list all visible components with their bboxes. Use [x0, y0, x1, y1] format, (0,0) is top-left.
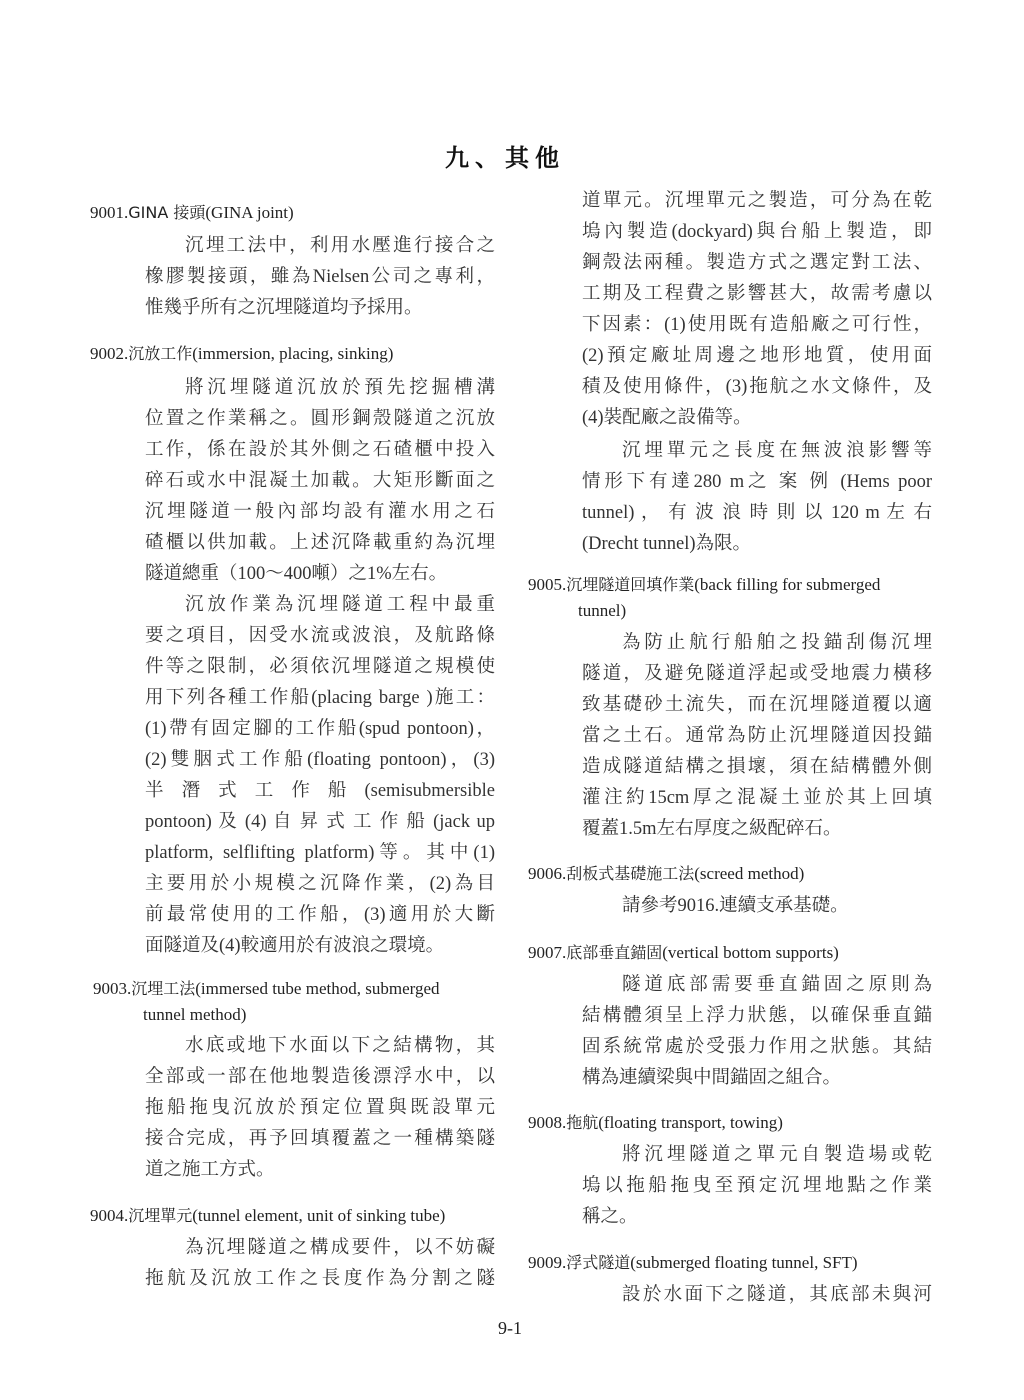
- entry-term-en: (back filling for submerged: [694, 575, 880, 594]
- entry-9006: 9006.刮板式基礎施工法(screed method) 請參考9016.連續支…: [528, 861, 958, 922]
- entry-9004-continued: 道單元。沉埋單元之製造，可分為在乾 塢內製造(dockyard)與台船上製造，即…: [582, 186, 932, 560]
- text-line: 結構體須呈上浮力狀態，以確保垂直錨: [582, 1001, 932, 1032]
- entry-term-en: (immersion, placing, sinking): [192, 344, 393, 363]
- entry-number: 9006.: [528, 864, 566, 883]
- text-line: 沉埋工法中，利用水壓進行接合之: [145, 231, 495, 262]
- text-line: (2)雙胭式工作船(floating pontoon)，(3): [145, 745, 495, 776]
- entry-9009: 9009.浮式隧道(submerged floating tunnel, SFT…: [528, 1250, 958, 1311]
- text-line: 面隧道及(4)較適用於有波浪之環境。: [145, 931, 495, 962]
- entry-term-en-continued: tunnel): [528, 598, 958, 624]
- entry-heading: 9007.底部垂直錨固(vertical bottom supports): [528, 940, 958, 966]
- text-line: 塢內製造(dockyard)與台船上製造，即: [582, 217, 932, 248]
- entry-heading: 9006.刮板式基礎施工法(screed method): [528, 861, 958, 887]
- entry-number: 9007.: [528, 943, 566, 962]
- text-line: 隧道底部需要垂直錨固之原則為: [582, 970, 932, 1001]
- entry-heading: 9001.GINA 接頭(GINA joint): [90, 200, 500, 226]
- text-line: 碎石或水中混凝土加載。大矩形斷面之: [145, 466, 495, 497]
- text-line: (2)預定廠址周邊之地形地質，使用面: [582, 341, 932, 372]
- entry-term-zh: 浮式隧道: [566, 1253, 630, 1272]
- text-line: 要之項目，因受水流或波浪，及航路條: [145, 621, 495, 652]
- entry-heading: 9008.拖航(floating transport, towing): [528, 1110, 958, 1136]
- text-line: 工作，係在設於其外側之石碴櫃中投入: [145, 435, 495, 466]
- text-line: 為沉埋隧道之構成要件，以不妨礙: [145, 1233, 495, 1264]
- text-line: 設於水面下之隧道，其底部未與河: [582, 1280, 932, 1311]
- entry-9002: 9002.沉放工作(immersion, placing, sinking) 將…: [90, 341, 500, 962]
- entry-9005: 9005.沉埋隧道回填作業(back filling for submerged…: [528, 572, 958, 845]
- entry-body: 將沉埋隧道之單元自製造場或乾 塢以拖船拖曳至預定沉埋地點之作業 稱之。: [582, 1140, 932, 1233]
- text-line: 將沉埋隧道之單元自製造場或乾: [582, 1140, 932, 1171]
- text-line: 稱之。: [582, 1202, 932, 1233]
- entry-body: 設於水面下之隧道，其底部未與河: [582, 1280, 932, 1311]
- entry-term-en: (tunnel element, unit of sinking tube): [192, 1206, 445, 1225]
- entry-term-zh: 沉放工作: [128, 344, 192, 363]
- entry-term-en-continued: tunnel method): [93, 1002, 503, 1028]
- entry-body: 為防止航行船舶之投錨刮傷沉埋 隧道，及避免隧道浮起或受地震力橫移 致基礎砂土流失…: [582, 628, 932, 845]
- entry-term-en: (immersed tube method, submerged: [195, 979, 439, 998]
- entry-body: 沉埋工法中，利用水壓進行接合之 橡膠製接頭，雖為Nielsen公司之專利， 惟幾…: [145, 231, 495, 324]
- entry-9001: 9001.GINA 接頭(GINA joint) 沉埋工法中，利用水壓進行接合之…: [90, 200, 500, 324]
- entry-term-en: (screed method): [694, 864, 804, 883]
- entry-heading: 9009.浮式隧道(submerged floating tunnel, SFT…: [528, 1250, 958, 1276]
- entry-number: 9004.: [90, 1206, 128, 1225]
- entry-heading: 9003.沉埋工法(immersed tube method, submerge…: [93, 976, 503, 1028]
- text-line: 半 潛 式 工 作 船 (semisubmersible: [145, 776, 495, 807]
- text-line: 沉埋隧道一般內部均設有灌水用之石: [145, 497, 495, 528]
- text-line: 當之土石。通常為防止沉埋隧道因投錨: [582, 721, 932, 752]
- text-line: (1)帶有固定腳的工作船(spud pontoon)，: [145, 714, 495, 745]
- entry-term-en: (vertical bottom supports): [662, 943, 839, 962]
- entry-term-en: (submerged floating tunnel, SFT): [630, 1253, 857, 1272]
- text-line: 主要用於小規模之沉降作業，(2)為目: [145, 869, 495, 900]
- entry-body: 道單元。沉埋單元之製造，可分為在乾 塢內製造(dockyard)與台船上製造，即…: [582, 186, 932, 560]
- entry-term-en: (floating transport, towing): [598, 1113, 783, 1132]
- text-line: 碴櫃以供加載。上述沉降載重約為沉埋: [145, 528, 495, 559]
- text-line: 將沉埋隧道沉放於預先挖掘槽溝: [145, 373, 495, 404]
- text-line: 位置之作業稱之。圓形鋼殼隧道之沉放: [145, 404, 495, 435]
- text-line: 水底或地下水面以下之結構物，其: [145, 1031, 495, 1062]
- entry-body: 隧道底部需要垂直錨固之原則為 結構體須呈上浮力狀態，以確保垂直錨 固系統常處於受…: [582, 970, 932, 1094]
- text-line: 鋼殼法兩種。製造方式之選定對工法、: [582, 248, 932, 279]
- entry-term-zh: 拖航: [566, 1113, 598, 1132]
- text-line: pontoon) 及 (4) 自 昇 式 工 作 船 (jack up: [145, 807, 495, 838]
- entry-body: 請參考9016.連續支承基礎。: [582, 891, 932, 922]
- text-line: 接合完成，再予回填覆蓋之一種構築隧: [145, 1124, 495, 1155]
- text-line: 惟幾乎所有之沉埋隧道均予採用。: [145, 293, 495, 324]
- text-line: tunnel) ， 有 波 浪 時 則 以 120 m 左 右: [582, 498, 932, 529]
- text-line: 拖航及沉放工作之長度作為分割之隧: [145, 1264, 495, 1295]
- text-line: 構為連續梁與中間錨固之組合。: [582, 1063, 932, 1094]
- text-line: 請參考9016.連續支承基礎。: [582, 891, 932, 922]
- text-line: (Drecht tunnel)為限。: [582, 529, 932, 560]
- text-line: 造成隧道結構之損壞，須在結構體外側: [582, 752, 932, 783]
- text-line: 隧道，及避免隧道浮起或受地震力橫移: [582, 659, 932, 690]
- entry-number: 9008.: [528, 1113, 566, 1132]
- text-line: 道之施工方式。: [145, 1155, 495, 1186]
- text-line: 前最常使用的工作船，(3)適用於大斷: [145, 900, 495, 931]
- entry-number: 9001.: [90, 203, 128, 222]
- entry-9007: 9007.底部垂直錨固(vertical bottom supports) 隧道…: [528, 940, 958, 1094]
- text-line: 固系統常處於受張力作用之狀態。其結: [582, 1032, 932, 1063]
- text-line: 用下列各種工作船(placing barge )施工：: [145, 683, 495, 714]
- entry-term-zh: 沉埋單元: [128, 1206, 192, 1225]
- text-line: 橡膠製接頭，雖為Nielsen公司之專利，: [145, 262, 495, 293]
- entry-heading: 9002.沉放工作(immersion, placing, sinking): [90, 341, 500, 367]
- text-line: (4)裝配廠之設備等。: [582, 403, 932, 434]
- text-line: 情形下有達280 m之 案 例 (Hems poor: [582, 467, 932, 498]
- text-line: 沉放作業為沉埋隧道工程中最重: [145, 590, 495, 621]
- entry-term-en: (GINA joint): [205, 203, 293, 222]
- entry-number: 9003.: [93, 979, 131, 998]
- text-line: 灌注約15cm厚之混凝土並於其上回填: [582, 783, 932, 814]
- entry-term-zh: GINA 接頭: [128, 203, 205, 222]
- text-line: 件等之限制，必須依沉埋隧道之規模使: [145, 652, 495, 683]
- text-line: 拖船拖曳沉放於預定位置與既設單元: [145, 1093, 495, 1124]
- entry-heading: 9004.沉埋單元(tunnel element, unit of sinkin…: [90, 1203, 520, 1229]
- text-line: 沉埋單元之長度在無波浪影響等: [582, 436, 932, 467]
- text-line: 全部或一部在他地製造後漂浮水中，以: [145, 1062, 495, 1093]
- entry-body: 將沉埋隧道沉放於預先挖掘槽溝 位置之作業稱之。圓形鋼殼隧道之沉放 工作，係在設於…: [145, 373, 495, 962]
- text-line: 致基礎砂土流失，而在沉埋隧道覆以適: [582, 690, 932, 721]
- text-line: 覆蓋1.5m左右厚度之級配碎石。: [582, 814, 932, 845]
- entry-number: 9002.: [90, 344, 128, 363]
- text-line: 下因素：(1)使用既有造船廠之可行性，: [582, 310, 932, 341]
- entry-term-zh: 刮板式基礎施工法: [566, 864, 694, 883]
- entry-term-zh: 底部垂直錨固: [566, 943, 662, 962]
- text-line: 塢以拖船拖曳至預定沉埋地點之作業: [582, 1171, 932, 1202]
- page-number: 9-1: [0, 1318, 1020, 1339]
- text-line: platform, selflifting platform)等。其中(1): [145, 838, 495, 869]
- text-line: 積及使用條件，(3)拖航之水文條件，及: [582, 372, 932, 403]
- entry-9004: 9004.沉埋單元(tunnel element, unit of sinkin…: [90, 1203, 520, 1295]
- text-line: 為防止航行船舶之投錨刮傷沉埋: [582, 628, 932, 659]
- entry-body: 為沉埋隧道之構成要件，以不妨礙 拖航及沉放工作之長度作為分割之隧: [145, 1233, 495, 1295]
- text-line: 道單元。沉埋單元之製造，可分為在乾: [582, 186, 932, 217]
- entry-heading: 9005.沉埋隧道回填作業(back filling for submerged…: [528, 572, 958, 624]
- entry-number: 9009.: [528, 1253, 566, 1272]
- entry-body: 水底或地下水面以下之結構物，其 全部或一部在他地製造後漂浮水中，以 拖船拖曳沉放…: [145, 1031, 495, 1186]
- entry-number: 9005.: [528, 575, 566, 594]
- chapter-title: 九、其他: [0, 138, 1010, 173]
- entry-term-zh: 沉埋工法: [131, 979, 195, 998]
- text-line: 工期及工程費之影響甚大，故需考慮以: [582, 279, 932, 310]
- entry-9008: 9008.拖航(floating transport, towing) 將沉埋隧…: [528, 1110, 958, 1233]
- entry-9003: 9003.沉埋工法(immersed tube method, submerge…: [93, 976, 503, 1186]
- entry-term-zh: 沉埋隧道回填作業: [566, 575, 694, 594]
- text-line: 隧道總重（100～400噸）之1%左右。: [145, 559, 495, 590]
